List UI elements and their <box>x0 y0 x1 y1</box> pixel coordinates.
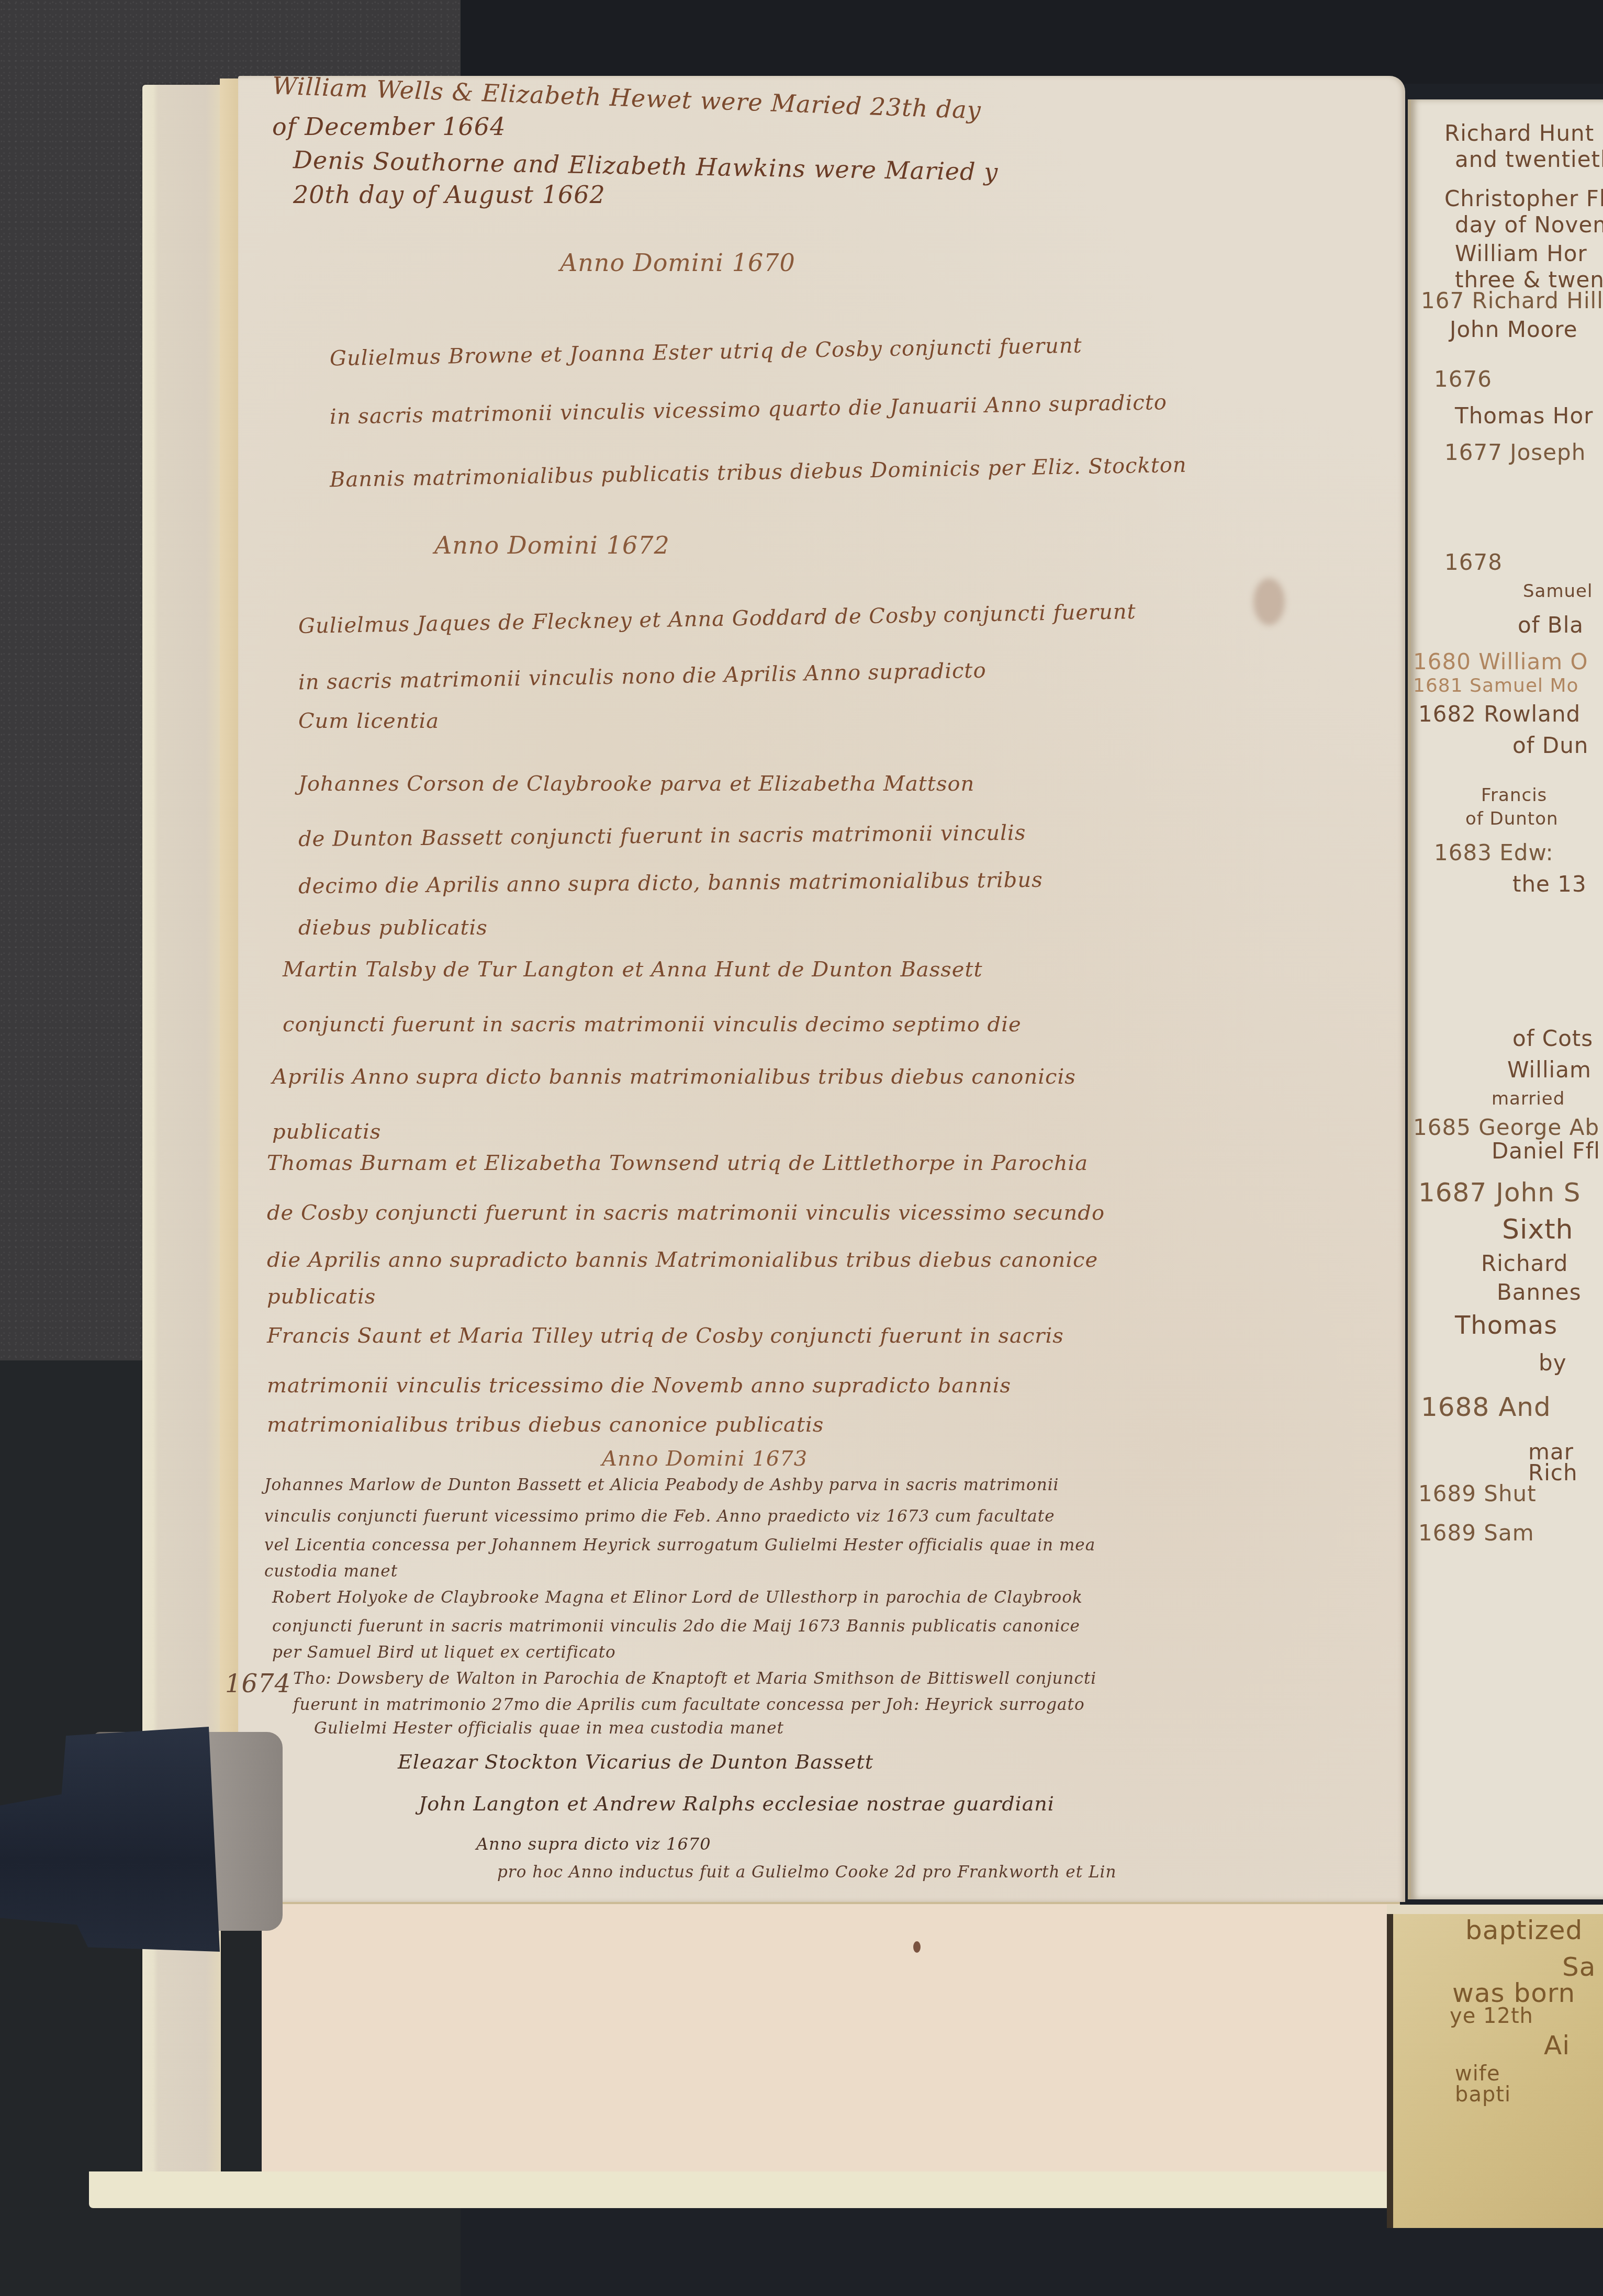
right-line: Samuel <box>1523 581 1593 602</box>
entry-line: diebus publicatis <box>298 916 488 940</box>
churchwardens-signature: John Langton et Andrew Ralphs ecclesiae … <box>419 1792 1055 1815</box>
section-heading: Anno Domini 1673 <box>602 1447 808 1471</box>
right-year: 1683 <box>1434 840 1492 865</box>
right-line: of Cots <box>1512 1026 1593 1051</box>
right-line: the 13 <box>1512 871 1587 897</box>
right-line: Richard Hunt <box>1444 120 1594 146</box>
right-line: William O <box>1478 649 1588 674</box>
right-year: 1685 <box>1413 1115 1471 1140</box>
entry-line: per Samuel Bird ut liquet ex certificato <box>272 1643 616 1662</box>
entry-line: die Aprilis anno supradicto bannis Matri… <box>267 1248 1098 1272</box>
right-line: Thomas <box>1455 1311 1557 1340</box>
right-line: William <box>1507 1057 1591 1083</box>
right-year: 1680 <box>1413 649 1471 674</box>
right-line: Edw: <box>1499 840 1553 865</box>
signature-date-line: Anno supra dicto viz 1670 <box>476 1834 711 1854</box>
entry-line: Martin Talsby de Tur Langton et Anna Hun… <box>283 958 983 982</box>
entry-line: Cum licentia <box>298 709 439 733</box>
entry-line: matrimonialibus tribus diebus canonice p… <box>267 1413 824 1437</box>
right-year: 1676 <box>1434 366 1492 392</box>
section-heading: Anno Domini 1672 <box>434 531 670 559</box>
entry-line: de Cosby conjuncti fuerunt in sacris mat… <box>267 1201 1105 1225</box>
right-line: Thomas Hor <box>1455 403 1593 429</box>
right-line: Sam <box>1484 1520 1534 1546</box>
right-year: 1687 <box>1418 1177 1487 1208</box>
right-line: Rowland <box>1484 701 1580 727</box>
right-line: of Dunton <box>1465 808 1559 829</box>
right-line: Francis <box>1481 785 1547 806</box>
right-year: 1688 <box>1421 1392 1489 1422</box>
entry-line: Francis Saunt et Maria Tilley utriq de C… <box>267 1324 1064 1348</box>
ink-spot <box>913 1941 921 1953</box>
slip-line: baptized <box>1465 1915 1583 1945</box>
entry-line: Tho: Dowsbery de Walton in Parochia de K… <box>293 1669 1096 1688</box>
right-line: by <box>1539 1350 1567 1376</box>
entry-line: fuerunt in matrimonio 27mo die Aprilis c… <box>293 1695 1085 1714</box>
cover-board-bottom <box>89 2171 1423 2208</box>
right-year: 1681 <box>1413 675 1463 696</box>
right-line: Joseph <box>1510 440 1586 465</box>
right-line: Richard Hill <box>1472 288 1603 313</box>
entry-line: Robert Holyoke de Claybrooke Magna et El… <box>272 1588 1083 1607</box>
entry-line: Aprilis Anno supra dicto bannis matrimon… <box>272 1065 1076 1089</box>
entry-line: Gulielmi Hester officialis quae in mea c… <box>314 1719 784 1738</box>
right-year: 1678 <box>1444 549 1503 575</box>
right-line: George Ab <box>1478 1115 1599 1140</box>
right-line: Samuel Mo <box>1470 675 1578 696</box>
entry-line: Johannes Marlow de Dunton Bassett et Ali… <box>264 1476 1059 1494</box>
right-year: 1677 <box>1444 440 1503 465</box>
entry-line: conjuncti fuerunt in sacris matrimonii v… <box>272 1617 1080 1636</box>
right-line: William Hor <box>1455 241 1587 266</box>
right-year: 1689 <box>1418 1481 1476 1506</box>
blank-lower-leaf <box>262 1902 1400 2176</box>
right-line: Richard <box>1481 1251 1568 1276</box>
entry-line: matrimonii vinculis tricessimo die Novem… <box>267 1374 1011 1398</box>
dark-board-background <box>461 0 1603 84</box>
entry-line: publicatis <box>267 1285 376 1309</box>
section-heading: Anno Domini 1670 <box>560 249 795 277</box>
right-line: of Bla <box>1518 612 1584 638</box>
right-line: And <box>1498 1392 1551 1422</box>
slip-line: bapti <box>1455 2083 1511 2107</box>
entry-line: vinculis conjuncti fuerunt vicessimo pri… <box>264 1507 1055 1526</box>
entry-line: vel Licentia concessa per Johannem Heyri… <box>264 1536 1095 1555</box>
entry-line: Thomas Burnam et Elizabetha Townsend utr… <box>267 1151 1088 1175</box>
entry-line: Johannes Corson de Claybrooke parva et E… <box>298 772 974 796</box>
entry-line: custodia manet <box>264 1562 398 1581</box>
slip-line: ye 12th <box>1450 2004 1533 2028</box>
header-note-line: of December 1664 <box>272 112 506 141</box>
right-line: Daniel Ffl <box>1492 1138 1600 1164</box>
vicar-signature: Eleazar Stockton Vicarius de Dunton Bass… <box>398 1750 873 1773</box>
entry-line: conjuncti fuerunt in sacris matrimonii v… <box>283 1012 1022 1037</box>
ink-stain <box>1253 578 1285 625</box>
slip-line: Ai <box>1544 2030 1570 2061</box>
header-note-line: 20th day of August 1662 <box>293 181 606 209</box>
margin-year: 1674 <box>225 1669 291 1698</box>
entry-line: publicatis <box>272 1120 381 1144</box>
right-line: married <box>1492 1088 1565 1109</box>
right-line: John S <box>1496 1177 1580 1208</box>
right-line: Shut <box>1484 1481 1536 1506</box>
right-line: John Moore <box>1450 317 1578 342</box>
induction-note: pro hoc Anno inductus fuit a Gulielmo Co… <box>497 1863 1116 1882</box>
right-line: Bannes <box>1497 1279 1582 1305</box>
right-year: 1682 <box>1418 701 1476 727</box>
right-year: 167 <box>1421 288 1464 313</box>
right-line: and twentieth <box>1455 147 1603 172</box>
right-line: of Dun <box>1512 733 1588 758</box>
right-line: day of Novem <box>1455 212 1603 238</box>
right-year: 1689 <box>1418 1520 1476 1546</box>
right-line: Sixth <box>1502 1214 1574 1245</box>
right-line: Christopher Fl <box>1444 186 1603 211</box>
